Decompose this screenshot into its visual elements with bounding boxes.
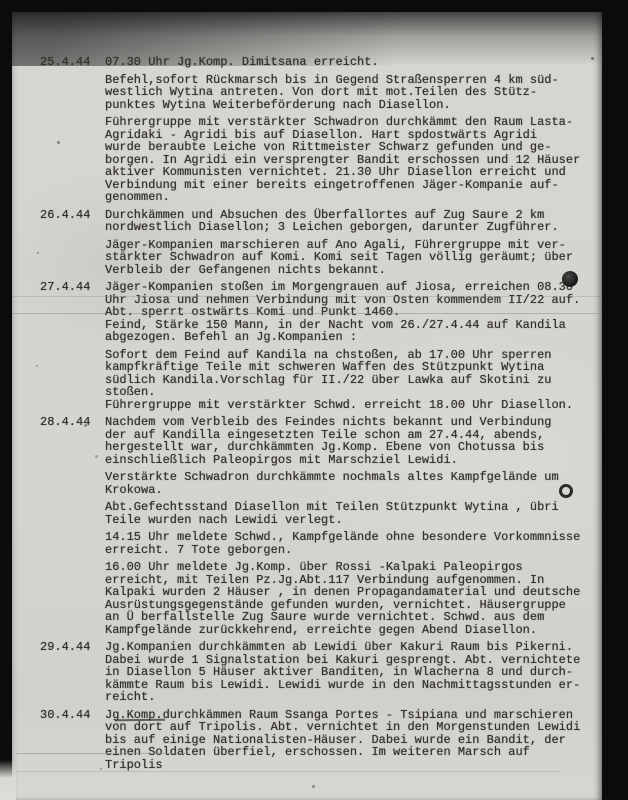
journal-entry: 30.4.44 Jg.Komp.durchkämmen Raum Ssanga … [40, 709, 592, 772]
entry-paragraph: 14.15 Uhr meldete Schwd., Kampfgelände o… [105, 531, 592, 556]
entry-paragraph: Sofort dem Feind auf Kandila na chstoßen… [105, 349, 592, 412]
entry-paragraph: 07.30 Uhr Jg.Komp. Dimitsana erreicht. [105, 56, 592, 69]
journal-entries: 25.4.44 07.30 Uhr Jg.Komp. Dimitsana err… [40, 56, 592, 776]
paper-corner-patch [0, 760, 16, 800]
entry-date: 30.4.44 [40, 709, 105, 772]
entry-body: Jg.Komp.durchkämmen Raum Ssanga Portes -… [105, 709, 592, 772]
entry-paragraph: Jäger-Kompanien marschieren auf Ano Agal… [105, 239, 592, 277]
entry-paragraph: Jäger-Kompanien stoßen im Morgengrauen a… [105, 281, 592, 344]
journal-entry: 27.4.44 Jäger-Kompanien stoßen im Morgen… [40, 281, 592, 411]
journal-entry: 28.4.44 Nachdem vom Verbleib des Feindes… [40, 416, 592, 636]
entry-body: Durchkämmen und Absuchen des Überfallort… [105, 209, 592, 277]
entry-body: Jg.Kompanien durchkämmten ab Lewidi über… [105, 641, 592, 704]
entry-body: 07.30 Uhr Jg.Komp. Dimitsana erreicht.Be… [105, 56, 592, 204]
entry-paragraph: Nachdem vom Verbleib des Feindes nichts … [105, 416, 592, 466]
journal-entry: 26.4.44 Durchkämmen und Absuchen des Übe… [40, 209, 592, 277]
entry-body: Nachdem vom Verbleib des Feindes nichts … [105, 416, 592, 636]
entry-paragraph: Führergruppe mit verstärkter Schwadron d… [105, 116, 592, 204]
entry-paragraph: 16.00 Uhr meldete Jg.Komp. über Rossi -K… [105, 561, 592, 636]
journal-entry: 29.4.44 Jg.Kompanien durchkämmten ab Lew… [40, 641, 592, 704]
journal-entry: 25.4.44 07.30 Uhr Jg.Komp. Dimitsana err… [40, 56, 592, 204]
document-scan: 25.4.44 07.30 Uhr Jg.Komp. Dimitsana err… [0, 0, 628, 800]
entry-date: 26.4.44 [40, 209, 105, 277]
entry-date: 25.4.44 [40, 56, 105, 204]
entry-body: Jäger-Kompanien stoßen im Morgengrauen a… [105, 281, 592, 411]
entry-paragraph: Durchkämmen und Absuchen des Überfallort… [105, 209, 592, 234]
entry-paragraph: Jg.Komp.durchkämmen Raum Ssanga Portes -… [105, 709, 592, 772]
entry-date: 29.4.44 [40, 641, 105, 704]
entry-date: 27.4.44 [40, 281, 105, 411]
entry-paragraph: Abt.Gefechtsstand Diasellon mit Teilen S… [105, 501, 592, 526]
entry-paragraph: Befehl,sofort Rückmarsch bis in Gegend S… [105, 74, 592, 112]
entry-date: 28.4.44 [40, 416, 105, 636]
punch-ring-mark [559, 484, 573, 498]
entry-paragraph: Verstärkte Schwadron durchkämmte nochmal… [105, 471, 592, 496]
punch-hole-mark [562, 271, 578, 287]
paper-page: 25.4.44 07.30 Uhr Jg.Komp. Dimitsana err… [12, 12, 602, 800]
entry-paragraph: Jg.Kompanien durchkämmten ab Lewidi über… [105, 641, 592, 704]
